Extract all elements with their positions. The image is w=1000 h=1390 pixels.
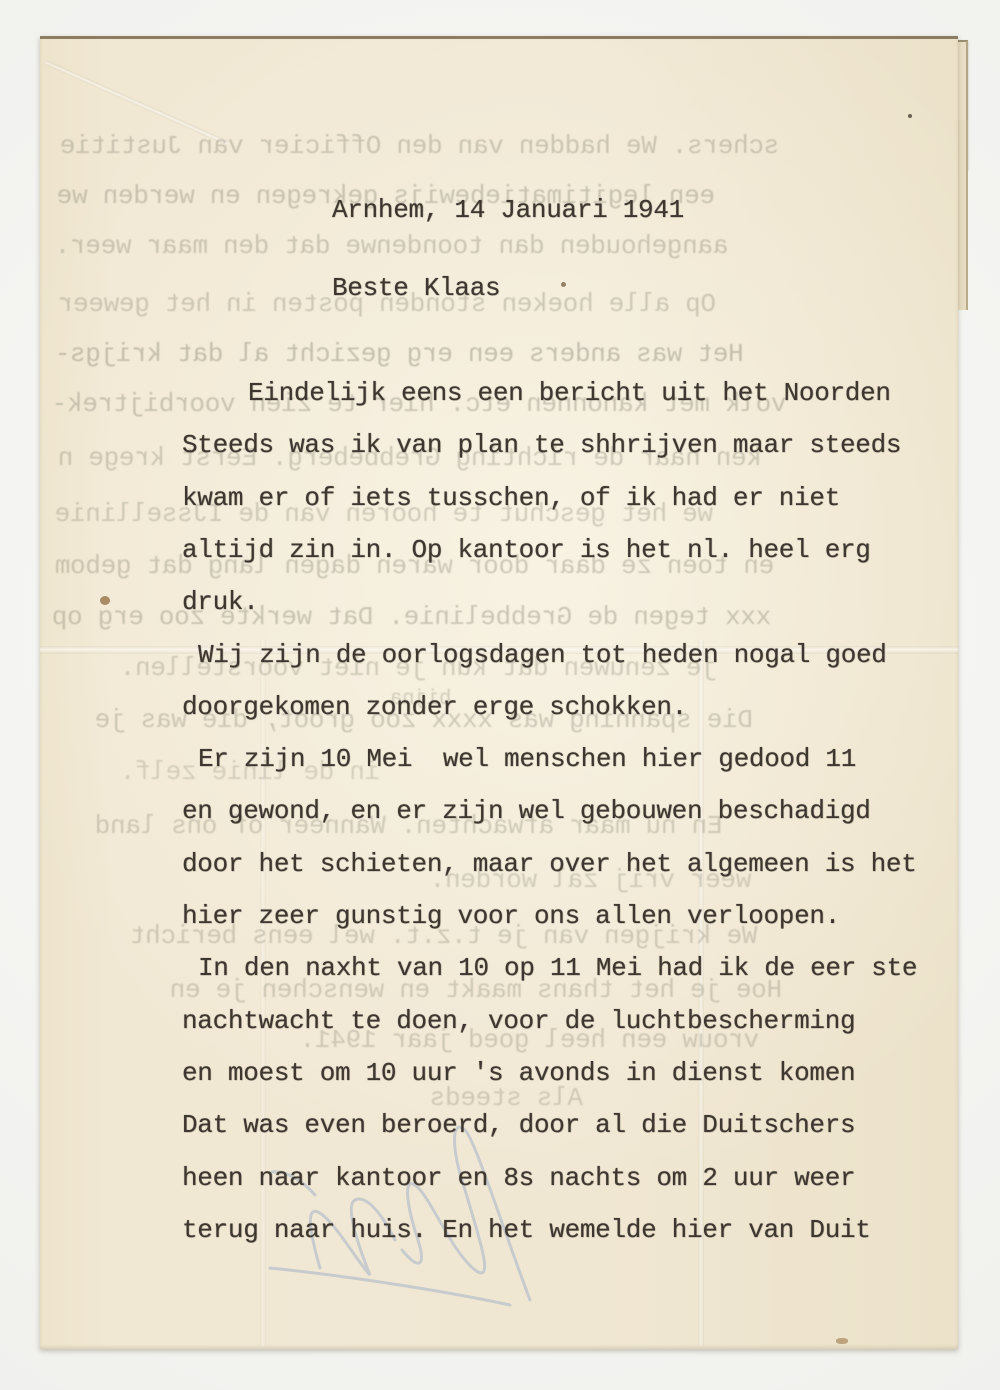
letter-dateline: Arnhem, 14 Januari 1941: [332, 190, 684, 230]
bleedthrough-line: Het was anders een erg gezicht al dat kr…: [55, 334, 744, 374]
typed-line: In den naxht van 10 op 11 Mei had ik de …: [198, 948, 917, 988]
typed-line: doorgekomen zonder erge schokken.: [182, 687, 687, 727]
letter-salutation: Beste Klaas: [332, 268, 500, 308]
typed-line: heen naar kantoor en 8s nachts om 2 uur …: [182, 1158, 855, 1198]
typed-line: en moest om 10 uur 's avonds in dienst k…: [182, 1053, 855, 1093]
typed-line: terug naar huis. En het wemelde hier van…: [182, 1210, 871, 1250]
bleedthrough-line: xxx tegen de Grebbelinie. Dat werkte zoo…: [52, 597, 771, 637]
typed-line: druk.: [182, 582, 259, 622]
typed-line: en gewond, en er zijn wel gebouwen besch…: [182, 791, 871, 831]
typed-line: hier zeer gunstig voor ons allen verloop…: [182, 896, 840, 936]
typed-line: Wij zijn de oorlogsdagen tot heden nogal…: [198, 635, 887, 675]
typed-line: nachtwacht te doen, voor de luchtbescher…: [182, 1001, 855, 1041]
scanned-letter-page: { "letter": { "dateline": "Arnhem, 14 Ja…: [0, 0, 1000, 1390]
bleedthrough-line: aangehouden dan toondenwe dat den maar w…: [55, 226, 728, 266]
typed-line: door het schieten, maar over het algemee…: [182, 844, 917, 884]
typed-line: Steeds was ik van plan te shhrijven maar…: [182, 425, 901, 465]
typed-line: Eindelijk eens een bericht uit het Noord…: [248, 373, 891, 413]
bleedthrough-line: schers. We hadden van den Officier van J…: [60, 126, 779, 166]
paper-stain: [836, 1338, 848, 1344]
typed-line: Dat was even beroerd, door al die Duitsc…: [182, 1105, 855, 1145]
typed-line: kwam er of iets tusschen, of ik had er n…: [182, 478, 840, 518]
paper-stain: [908, 114, 912, 118]
typed-line: Er zijn 10 Mei wel menschen hier gedood …: [198, 739, 856, 779]
typed-line: altijd zin in. Op kantoor is het nl. hee…: [182, 530, 871, 570]
